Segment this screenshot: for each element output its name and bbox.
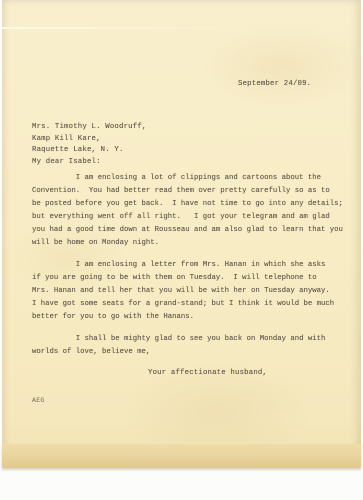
- letter-body: I am enclosing a lot of clippings and ca…: [32, 172, 352, 368]
- salutation: My dear Isabel:: [32, 158, 101, 166]
- recipient-address: Mrs. Timothy L. Woodruff, Kamp Kill Kare…: [32, 122, 146, 157]
- paper-crease: [2, 27, 242, 29]
- paper-bottom-edge: [2, 444, 361, 468]
- closing-line: Your affectionate husband,: [148, 369, 267, 377]
- typist-initials: AEG: [32, 397, 45, 404]
- body-paragraph-1: I am enclosing a lot of clippings and ca…: [32, 172, 352, 250]
- body-paragraph-3: I shall be mighty glad to see you back o…: [32, 333, 352, 359]
- address-line-name: Mrs. Timothy L. Woodruff,: [32, 122, 146, 134]
- body-paragraph-2: I am enclosing a letter from Mrs. Hanan …: [32, 259, 352, 324]
- date-line: September 24/09.: [238, 80, 311, 88]
- address-line-camp: Kamp Kill Kare,: [32, 134, 146, 146]
- letter-paper: September 24/09. Mrs. Timothy L. Woodruf…: [2, 0, 361, 468]
- address-line-town: Raquette Lake, N. Y.: [32, 145, 146, 157]
